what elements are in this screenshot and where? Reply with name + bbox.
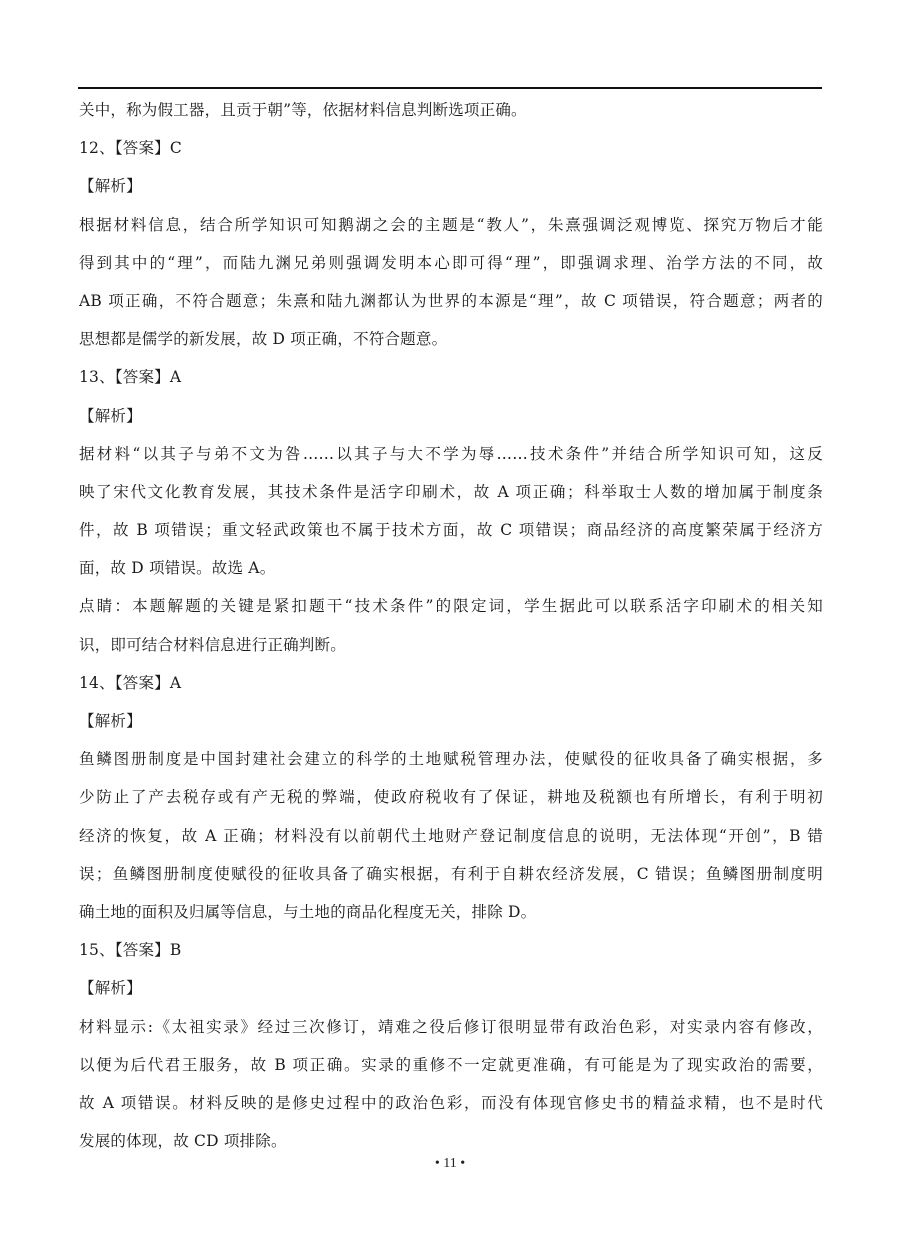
analysis-line: 得到其中的“理”，而陆九渊兄弟则强调发明本心即可得“理”，即强调求理、治学方法的… bbox=[79, 244, 823, 282]
analysis-label-12: 【解析】 bbox=[79, 167, 823, 205]
page-number: • 11 • bbox=[0, 1156, 900, 1172]
analysis-line: 件，故 B 项错误；重文轻武政策也不属于技术方面，故 C 项错误；商品经济的高度… bbox=[79, 511, 823, 549]
analysis-line: 发展的体现，故 CD 项排除。 bbox=[79, 1122, 823, 1160]
answer-heading-14: 14、【答案】A bbox=[79, 664, 823, 702]
analysis-label-14: 【解析】 bbox=[79, 702, 823, 740]
analysis-line: 材料显示:《太祖实录》经过三次修订，靖难之役后修订很明显带有政治色彩，对实录内容… bbox=[79, 1008, 823, 1046]
analysis-label-15: 【解析】 bbox=[79, 969, 823, 1007]
analysis-label-13: 【解析】 bbox=[79, 397, 823, 435]
analysis-line: 确土地的面积及归属等信息，与土地的商品化程度无关，排除 D。 bbox=[79, 893, 823, 931]
analysis-line: 误；鱼鳞图册制度使赋役的征收具备了确实根据，有利于自耕农经济发展，C 错误；鱼鳞… bbox=[79, 855, 823, 893]
analysis-line: 以便为后代君王服务，故 B 项正确。实录的重修不一定就更准确，有可能是为了现实政… bbox=[79, 1046, 823, 1084]
answer-heading-15: 15、【答案】B bbox=[79, 931, 823, 969]
analysis-line: 思想都是儒学的新发展，故 D 项正确，不符合题意。 bbox=[79, 320, 823, 358]
document-body: 关中，称为假工器，且贡于朝”等，依据材料信息判断选项正确。 12、【答案】C 【… bbox=[79, 91, 823, 1160]
text-line-continuation: 关中，称为假工器，且贡于朝”等，依据材料信息判断选项正确。 bbox=[79, 91, 823, 129]
analysis-line: 经济的恢复，故 A 正确；材料没有以前朝代土地财产登记制度信息的说明，无法体现“… bbox=[79, 817, 823, 855]
analysis-line: 面，故 D 项错误。故选 A。 bbox=[79, 549, 823, 587]
header-rule bbox=[78, 87, 822, 89]
document-page: 关中，称为假工器，且贡于朝”等，依据材料信息判断选项正确。 12、【答案】C 【… bbox=[0, 0, 900, 1246]
answer-heading-12: 12、【答案】C bbox=[79, 129, 823, 167]
analysis-line: 故 A 项错误。材料反映的是修史过程中的政治色彩，而没有体现官修史书的精益求精，… bbox=[79, 1084, 823, 1122]
tip-line: 点睛：本题解题的关键是紧扣题干“技术条件”的限定词，学生据此可以联系活字印刷术的… bbox=[79, 587, 823, 625]
analysis-line: 映了宋代文化教育发展，其技术条件是活字印刷术，故 A 项正确；科举取士人数的增加… bbox=[79, 473, 823, 511]
analysis-line: 少防止了产去税存或有产无税的弊端，使政府税收有了保证，耕地及税额也有所增长，有利… bbox=[79, 778, 823, 816]
answer-heading-13: 13、【答案】A bbox=[79, 358, 823, 396]
analysis-line: 鱼鳞图册制度是中国封建社会建立的科学的土地赋税管理办法，使赋役的征收具备了确实根… bbox=[79, 740, 823, 778]
analysis-line: 根据材料信息，结合所学知识可知鹅湖之会的主题是“教人”，朱熹强调泛观博览、探究万… bbox=[79, 206, 823, 244]
tip-line: 识，即可结合材料信息进行正确判断。 bbox=[79, 626, 823, 664]
analysis-line: AB 项正确，不符合题意；朱熹和陆九渊都认为世界的本源是“理”，故 C 项错误，… bbox=[79, 282, 823, 320]
analysis-line: 据材料“以其子与弟不文为咎……以其子与大不学为辱……技术条件”并结合所学知识可知… bbox=[79, 435, 823, 473]
